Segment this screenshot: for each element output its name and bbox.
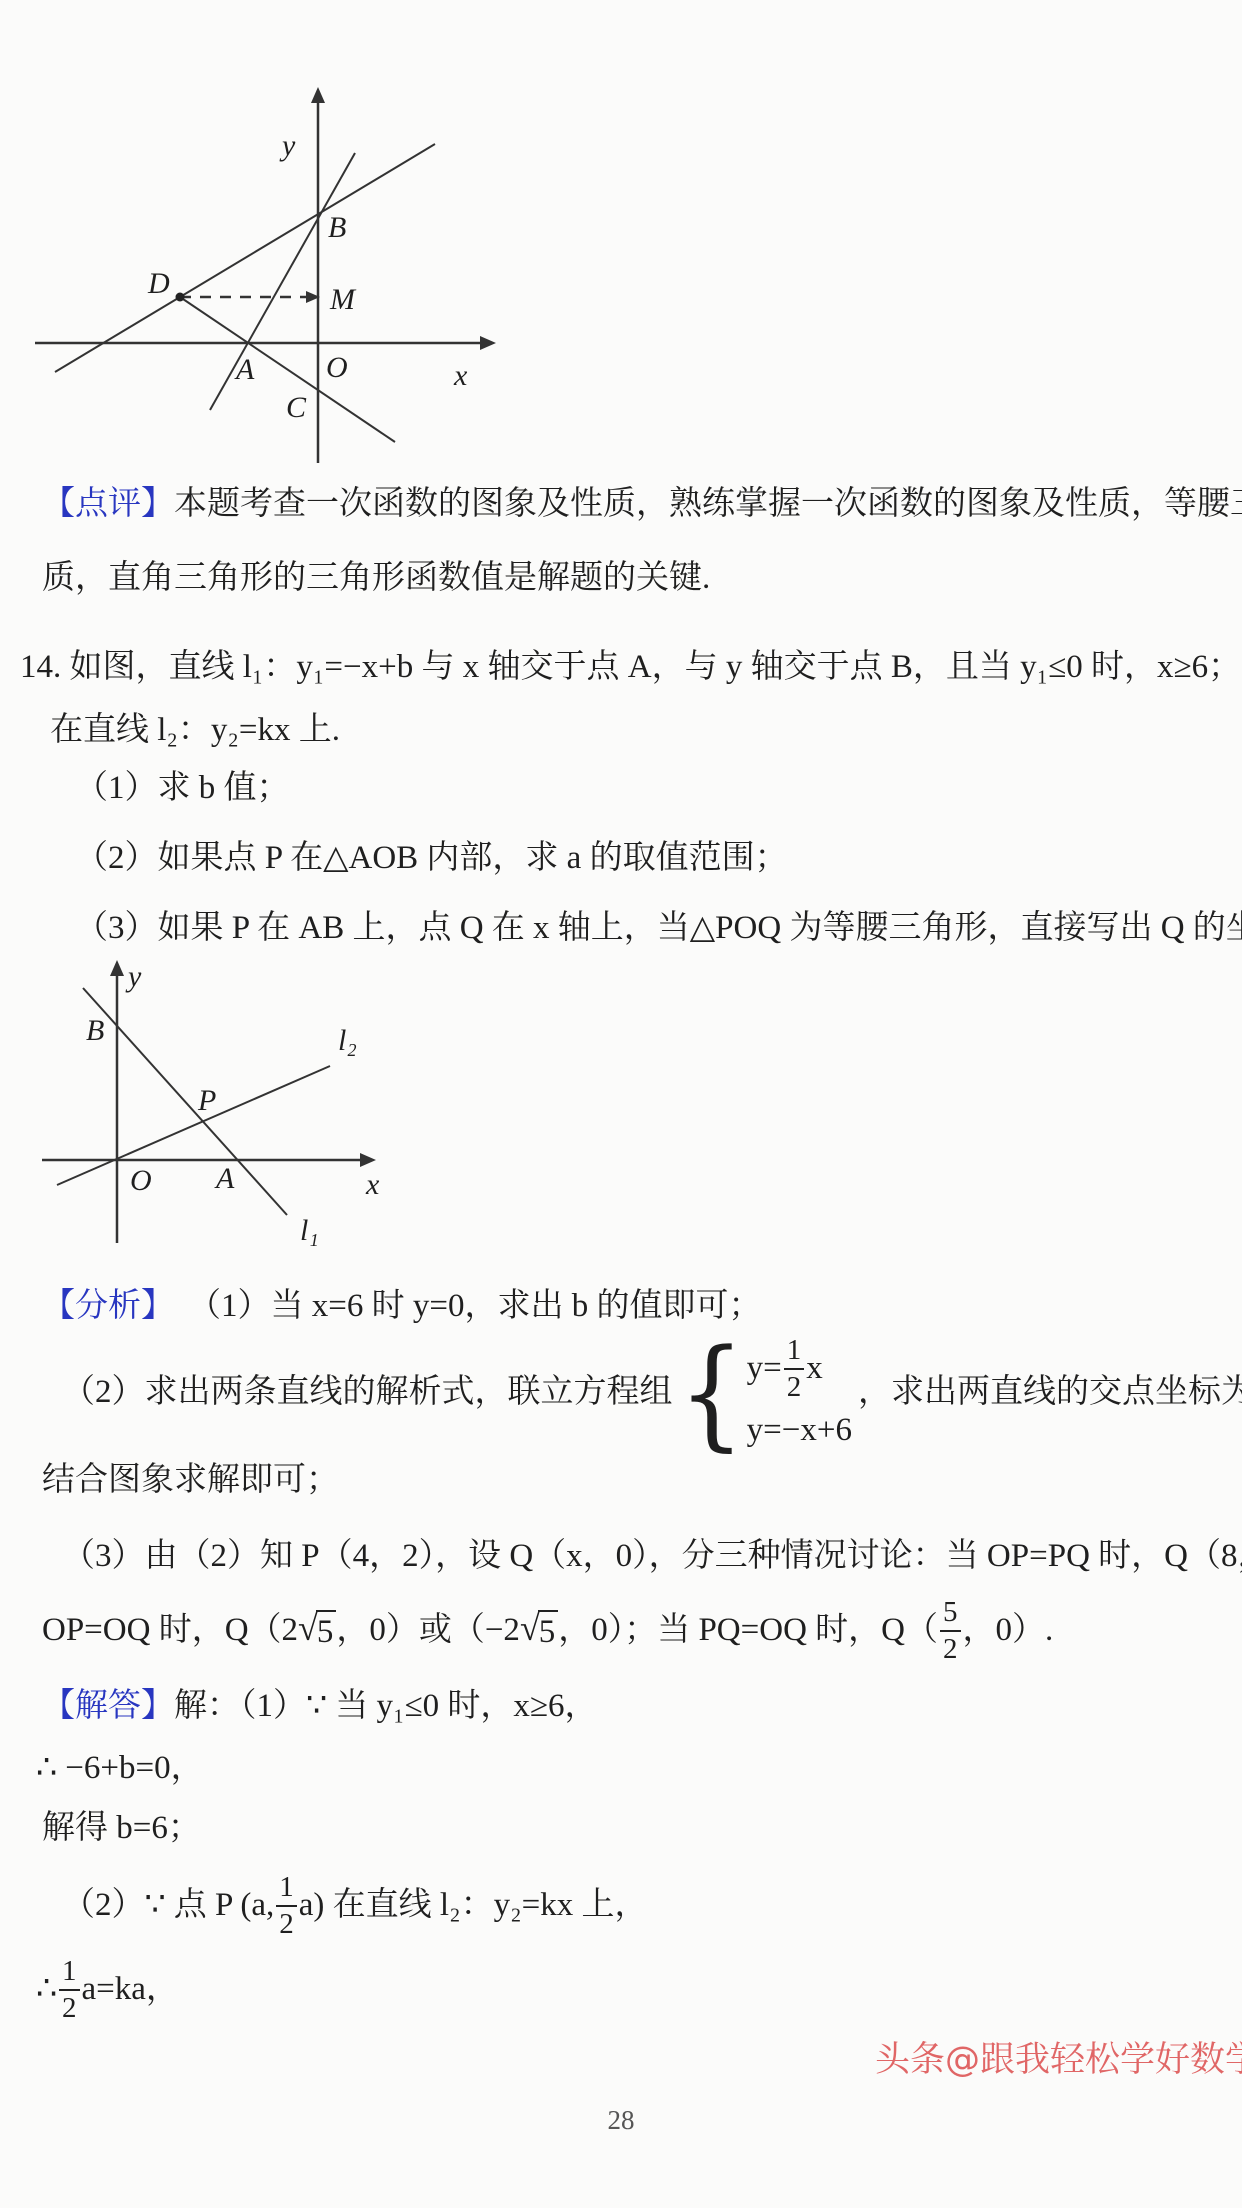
fig1-y-axis-arrow-icon (311, 87, 325, 103)
fig1-label-y: y (279, 129, 296, 162)
solution-text-2: ∴ −6+b=0， (36, 1750, 204, 1788)
fig1-label-D: D (147, 267, 170, 300)
fig2-label-y: y (125, 960, 142, 993)
problem14-line2-text: 在直线 l₂：y₂=kx 上. (50, 712, 340, 750)
analysis-text-5-p1: OP=OQ 时，Q（2 (42, 1612, 298, 1650)
figure1-coordinate-plane: y B D M A O C x (30, 85, 500, 470)
fraction-denominator: 2 (276, 1905, 297, 1939)
fraction-denominator: 2 (784, 1368, 805, 1402)
fig1-label-O: O (326, 351, 348, 384)
fraction-numerator: 1 (59, 1957, 80, 1989)
system-equation-1: y=12x (747, 1336, 852, 1402)
fig2-label-l2: l₂ (338, 1024, 357, 1057)
analysis-text-4: （3）由（2）知 P（4，2），设 Q（x，0），分三种情况讨论：当 OP=PQ… (62, 1538, 1242, 1576)
analysis-text-5-p2: ，0）或（−2 (336, 1612, 520, 1650)
fraction-numerator: 5 (940, 1598, 961, 1630)
problem14-statement-line1: 14. 如图，直线 l₁：y₁=−x+b 与 x 轴交于点 A，与 y 轴交于点… (20, 630, 1242, 706)
problem14-text-pre: 14. 如图，直线 l₁：y₁=−x+b 与 x 轴交于点 A，与 y 轴交于点… (20, 649, 1242, 687)
problem14-question-3: （3）如果 P 在 AB 上，点 Q 在 x 轴上，当△POQ 为等腰三角形，直… (75, 910, 1242, 948)
fraction-five-halves: 52 (940, 1598, 961, 1664)
comment-text-1: 本题考查一次函数的图象及性质，熟练掌握一次函数的图象及性质，等腰三角形的性 (174, 486, 1242, 524)
solution-line-3: 解得 b=6； (42, 1810, 201, 1848)
radicand-value: 5 (316, 1610, 337, 1652)
question1-text: （1）求 b 值； (75, 770, 290, 808)
comment-line-1: 【点评】本题考查一次函数的图象及性质，熟练掌握一次函数的图象及性质，等腰三角形的… (42, 486, 1242, 524)
solution-text-3: 解得 b=6； (42, 1810, 201, 1848)
fig2-x-axis-arrow-icon (360, 1153, 376, 1167)
comment-text-2: 质，直角三角形的三角形函数值是解题的关键. (42, 560, 710, 598)
fig1-label-A: A (234, 353, 255, 386)
solution-line-1: 【解答】解：（1）∵ 当 y₁≤0 时，x≥6， (42, 1688, 597, 1726)
fig1-line-DB (55, 144, 435, 372)
system-brace: { (679, 1333, 745, 1453)
question3-text: （3）如果 P 在 AB 上，点 Q 在 x 轴上，当△POQ 为等腰三角形，直… (75, 910, 1242, 948)
solution-text-5-post: a=ka， (82, 1971, 179, 2009)
comment-line-2: 质，直角三角形的三角形函数值是解题的关键. (42, 560, 710, 598)
page-number: 28 (0, 2105, 1242, 2136)
fig1-point-D-dot (176, 293, 185, 302)
fig2-label-O: O (130, 1164, 152, 1197)
solution-text-4-pre: （2）∵ 点 P (a, (62, 1887, 274, 1925)
analysis-line-3: 结合图象求解即可； (42, 1462, 339, 1500)
watermark-text: 头条@跟我轻松学好数学 (875, 2032, 1242, 2082)
analysis-line-2: （2）求出两条直线的解析式，联立方程组{y=12xy=−x+6，求出两直线的交点… (62, 1330, 1242, 1455)
solution-line-2: ∴ −6+b=0， (36, 1750, 204, 1788)
problem14-question-1: （1）求 b 值； (75, 770, 290, 808)
sqrt-5: √5 (298, 1610, 336, 1652)
fraction-numerator: 1 (784, 1336, 805, 1368)
sqrt-5: √5 (520, 1610, 558, 1652)
analysis-text-2-post: ，求出两直线的交点坐标为（4，2），再 (858, 1374, 1242, 1412)
problem14-statement-line2: 在直线 l₂：y₂=kx 上. (50, 712, 340, 750)
system-rows: y=12xy=−x+6 (747, 1336, 852, 1450)
solution-label: 【解答】 (42, 1688, 174, 1726)
equation-system: {y=12xy=−x+6 (679, 1336, 853, 1450)
fig2-line-l2 (57, 1066, 330, 1185)
fig2-label-x: x (365, 1168, 380, 1201)
solution-text-5-pre: ∴ (36, 1971, 57, 2009)
analysis-text-2-pre: （2）求出两条直线的解析式，联立方程组 (62, 1374, 673, 1412)
fig1-x-axis-arrow-icon (480, 336, 496, 350)
fig2-line-l1 (83, 988, 287, 1215)
system-equation-2: y=−x+6 (747, 1412, 852, 1450)
solution-line-4: （2）∵ 点 P (a, 12a) 在直线 l₂：y₂=kx 上， (62, 1868, 647, 1944)
analysis-text-3: 结合图象求解即可； (42, 1462, 339, 1500)
fig2-label-l1: l₁ (300, 1214, 319, 1247)
eq1-lhs: y= (747, 1350, 782, 1388)
analysis-text-5-p3: ，0）；当 PQ=OQ 时，Q（ (558, 1612, 938, 1650)
analysis-line-4: （3）由（2）知 P（4，2），设 Q（x，0），分三种情况讨论：当 OP=PQ… (62, 1538, 1242, 1576)
solution-line-5: ∴ 12a=ka， (36, 1952, 179, 2028)
fig2-label-B: B (86, 1014, 104, 1047)
analysis-line-1: 【分析】（1）当 x=6 时 y=0，求出 b 的值即可； (42, 1288, 761, 1326)
fig1-label-C: C (286, 391, 307, 424)
radicand-value: 5 (538, 1610, 559, 1652)
fig2-y-axis-arrow-icon (110, 960, 124, 976)
fraction-denominator: 2 (59, 1989, 80, 2023)
problem14-question-2: （2）如果点 P 在△AOB 内部，求 a 的取值范围； (75, 840, 788, 878)
fraction-one-half: 12 (276, 1873, 297, 1939)
solution-text-4-post: a) 在直线 l₂：y₂=kx 上， (299, 1887, 648, 1925)
analysis-text-1: （1）当 x=6 时 y=0，求出 b 的值即可； (188, 1288, 761, 1326)
eq1-rhs: x (806, 1350, 823, 1388)
figure2-coordinate-plane: y B P A O x l₂ l₁ (40, 958, 420, 1250)
solution-text-1: 解：（1）∵ 当 y₁≤0 时，x≥6， (174, 1688, 597, 1726)
fig2-label-P: P (197, 1084, 216, 1117)
fraction-one-half: 12 (784, 1336, 805, 1402)
fraction-denominator: 2 (940, 1630, 961, 1664)
fraction-numerator: 1 (276, 1873, 297, 1905)
fig1-label-x: x (453, 359, 468, 392)
document-page: y B D M A O C x 【点评】本题考查一次函数的图象及性质，熟练掌握一… (0, 0, 1242, 2208)
fig2-label-A: A (214, 1162, 235, 1195)
comment-label: 【点评】 (42, 486, 174, 524)
fig1-label-B: B (328, 211, 346, 244)
analysis-label: 【分析】 (42, 1288, 174, 1326)
analysis-line-5: OP=OQ 时，Q（2√5，0）或（−2√5，0）；当 PQ=OQ 时，Q（52… (42, 1595, 1053, 1667)
question2-text: （2）如果点 P 在△AOB 内部，求 a 的取值范围； (75, 840, 788, 878)
analysis-text-5-p4: ，0）. (963, 1612, 1054, 1650)
fig1-label-M: M (329, 283, 357, 316)
fraction-one-half: 12 (59, 1957, 80, 2023)
eq2-text: y=−x+6 (747, 1412, 852, 1450)
